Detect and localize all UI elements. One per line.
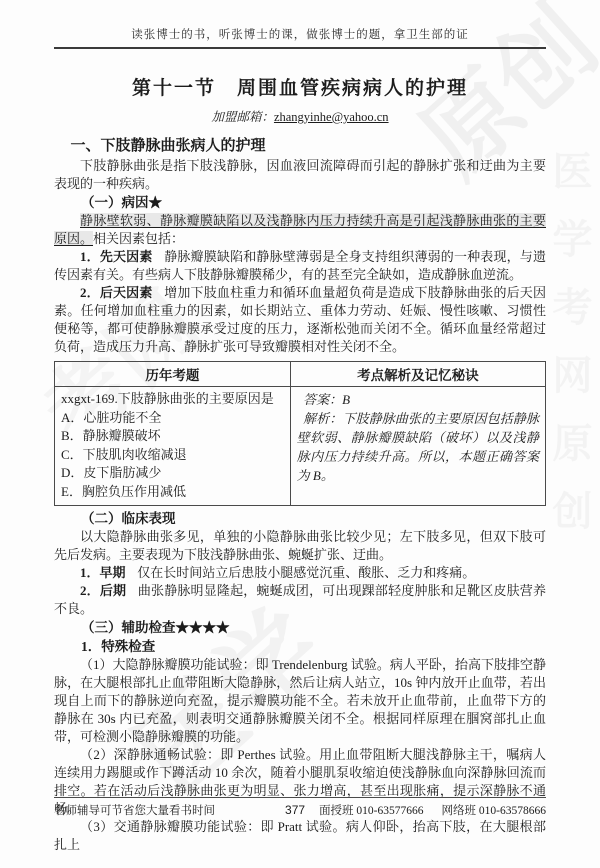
exam-question-table: 历年考题 考点解析及记忆秘诀 xxgxt-169.下肢静脉曲张的主要原因是 A．…: [54, 361, 546, 506]
exam-answer: 答案：B: [297, 390, 539, 409]
subsection-clinical-heading: （二）临床表现: [54, 509, 546, 528]
page-footer: 名师辅导可节省您大量看书时间 377 面授班 010-63577666 网络班 …: [54, 797, 546, 818]
clinical-early-item: 1．早期仅在长时间站立后患肢小腿感觉沉重、酸胀、乏力和疼痛。: [54, 564, 546, 582]
footer-contact-1: 面授班 010-63577666: [319, 802, 423, 818]
clinical-late-label: 2．后期: [80, 583, 126, 598]
clinical-early-text: 仅在长时间站立后患肢小腿感觉沉重、酸胀、乏力和疼痛。: [137, 565, 475, 580]
cause-item-1-label: 1．先天因素: [80, 249, 153, 264]
section-heading-1: 一、下肢静脉曲张病人的护理: [54, 134, 546, 155]
cause-highlight-paragraph: 静脉壁软弱、静脉瓣膜缺陷以及浅静脉内压力持续升高是引起浅静脉曲张的主要原因。相关…: [54, 212, 546, 248]
subsection-auxiliary-heading: （三）辅助检查★★★★: [54, 618, 546, 637]
exam-table-header-questions: 历年考题: [55, 362, 291, 387]
after-highlight-text: 相关因素包括：: [93, 231, 184, 246]
clinical-intro-paragraph: 以大隐静脉曲张多见，单独的小隐静脉曲张比较少见；左下肢多见，但双下肢可先后发病。…: [54, 528, 546, 564]
clinical-late-text: 曲张静脉明显隆起，蜿蜒成团，可出现踝部轻度肿胀和足靴区皮肤营养不良。: [54, 583, 546, 616]
intro-paragraph: 下肢静脉曲张是指下肢浅静脉，因血液回流障碍而引起的静脉扩张和迂曲为主要表现的一种…: [54, 157, 546, 193]
exam-option-e: E．胸腔负压作用减低: [61, 483, 284, 502]
footer-contact-2: 网络班 010-63578666: [442, 802, 546, 818]
exam-option-c: C．下肢肌肉收缩减退: [61, 446, 284, 465]
document-page: 原创 考网 医学 医学考网原创 读张博士的书，听张博士的课，做张博士的题，拿卫生…: [0, 0, 600, 868]
page-title: 第十一节 周围血管疾病病人的护理: [54, 73, 546, 100]
clinical-early-label: 1．早期: [80, 565, 126, 580]
page-number: 377: [285, 803, 305, 817]
test-paragraph-1: （1）大隐静脉瓣膜功能试验：即 Trendelenburg 试验。病人平卧，抬高…: [54, 656, 546, 746]
exam-option-a: A．心脏功能不全: [61, 409, 284, 428]
cause-item-2-label: 2．后天因素: [80, 285, 153, 300]
special-exam-label: 1．特殊检查: [54, 637, 546, 656]
exam-question-cell: xxgxt-169.下肢静脉曲张的主要原因是 A．心脏功能不全 B．静脉瓣膜破坏…: [55, 387, 291, 506]
cause-item-2: 2．后天因素增加下肢血柱重力和循环血量超负荷是造成下肢静脉曲张的后天因素。任何增…: [54, 284, 546, 356]
cause-item-1: 1．先天因素静脉瓣膜缺陷和静脉壁薄弱是全身支持组织薄弱的一种表现，与遗传因素有关…: [54, 248, 546, 284]
exam-analysis: 解析：下肢静脉曲张的主要原因包括静脉壁软弱、静脉瓣膜缺陷（破坏）以及浅静脉内压力…: [297, 409, 539, 485]
exam-question-text: xxgxt-169.下肢静脉曲张的主要原因是: [61, 390, 284, 409]
exam-option-b: B．静脉瓣膜破坏: [61, 427, 284, 446]
subsection-cause-heading: （一）病因★: [54, 193, 546, 212]
header-slogan: 读张博士的书，听张博士的课，做张博士的题，拿卫生部的证: [54, 0, 546, 42]
exam-analysis-cell: 答案：B 解析：下肢静脉曲张的主要原因包括静脉壁软弱、静脉瓣膜缺陷（破坏）以及浅…: [290, 387, 545, 506]
clinical-late-item: 2．后期曲张静脉明显隆起，蜿蜒成团，可出现踝部轻度肿胀和足靴区皮肤营养不良。: [54, 582, 546, 618]
email-link[interactable]: zhangyinhe@yahoo.cn: [274, 110, 389, 124]
footer-left-slogan: 名师辅导可节省您大量看书时间: [54, 802, 285, 818]
exam-table-header-row: 历年考题 考点解析及记忆秘诀: [55, 362, 546, 387]
email-line: 加盟邮箱：zhangyinhe@yahoo.cn: [54, 107, 546, 125]
watermark: 医学考网原创: [541, 150, 598, 558]
exam-table-body-row: xxgxt-169.下肢静脉曲张的主要原因是 A．心脏功能不全 B．静脉瓣膜破坏…: [55, 387, 546, 506]
exam-option-d: D．皮下脂肪减少: [61, 464, 284, 483]
exam-table-header-analysis: 考点解析及记忆秘诀: [290, 362, 545, 387]
email-label: 加盟邮箱：: [211, 110, 274, 124]
test-paragraph-3: （3）交通静脉瓣膜功能试验：即 Pratt 试验。病人仰卧，抬高下肢，在大腿根部…: [54, 818, 546, 854]
header-divider: [54, 47, 546, 49]
